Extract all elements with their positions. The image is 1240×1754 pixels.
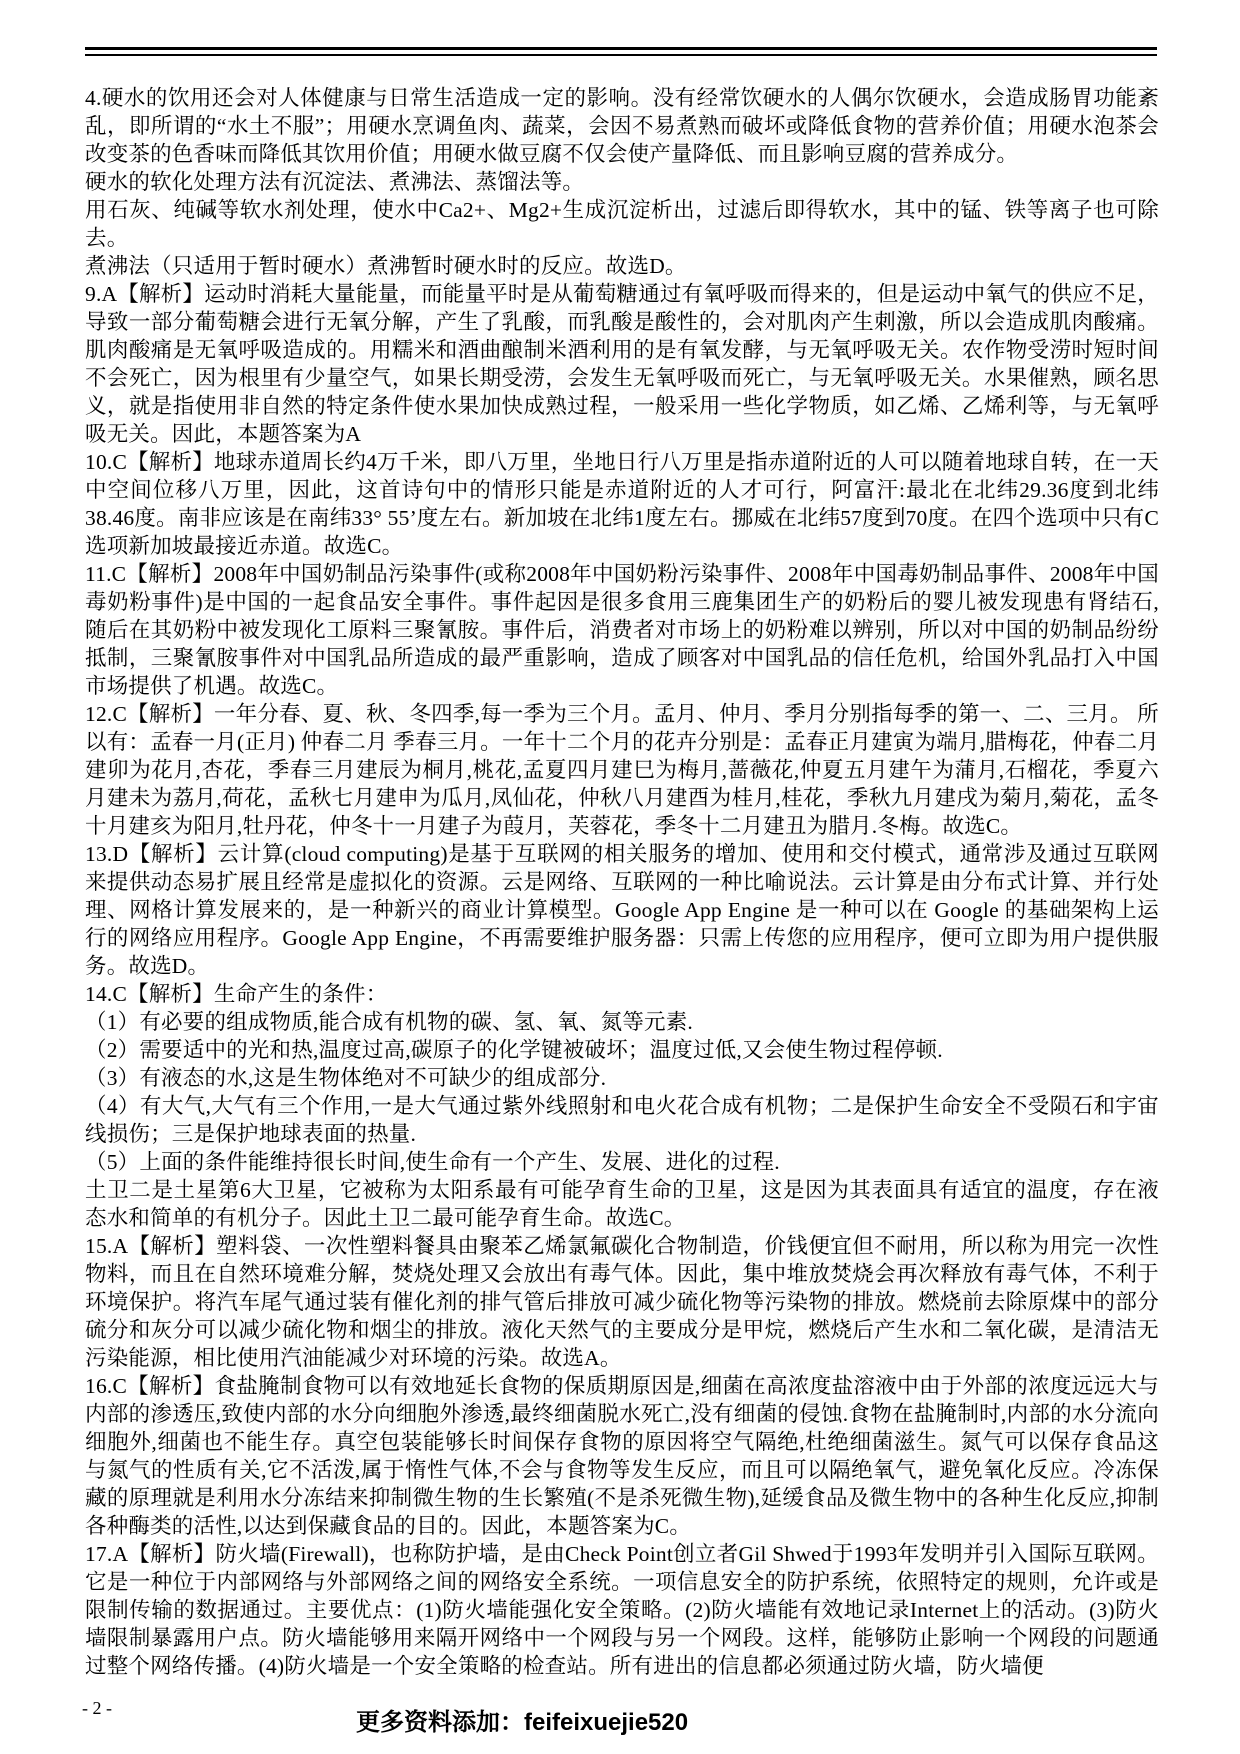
footer-promo: 更多资料添加：feifeixuejie520 bbox=[356, 1702, 688, 1737]
header-double-rule bbox=[85, 47, 1157, 56]
answer-paragraph-q9: 9.A【解析】运动时消耗大量能量，而能量平时是从葡萄糖通过有氧呼吸而得来的，但是… bbox=[85, 280, 1159, 448]
answer-paragraph-q11: 11.C【解析】2008年中国奶制品污染事件(或称2008年中国奶粉污染事件、2… bbox=[85, 560, 1159, 700]
answer-paragraph-q14-item1: （1）有必要的组成物质,能合成有机物的碳、氢、氧、氮等元素. bbox=[85, 1008, 1159, 1036]
answer-paragraph-q16: 16.C【解析】食盐腌制食物可以有效地延长食物的保质期原因是,细菌在高浓度盐溶液… bbox=[85, 1372, 1159, 1540]
answer-paragraph-q15: 15.A【解析】塑料袋、一次性塑料餐具由聚苯乙烯氯氟碳化合物制造，价钱便宜但不耐… bbox=[85, 1232, 1159, 1372]
answer-paragraph-q4-softening: 硬水的软化处理方法有沉淀法、煮沸法、蒸馏法等。 bbox=[85, 168, 1159, 196]
answer-paragraph-q10: 10.C【解析】地球赤道周长约4万千米，即八万里，坐地日行八万里是指赤道附近的人… bbox=[85, 448, 1159, 560]
answer-key-content: 4.硬水的饮用还会对人体健康与日常生活造成一定的影响。没有经常饮硬水的人偶尔饮硬… bbox=[85, 84, 1159, 1680]
answer-paragraph-q14-item5: （5）上面的条件能维持很长时间,使生命有一个产生、发展、进化的过程. bbox=[85, 1148, 1159, 1176]
answer-paragraph-q14-item4: （4）有大气,大气有三个作用,一是大气通过紫外线照射和电火花合成有机物；二是保护… bbox=[85, 1092, 1159, 1148]
document-page: 4.硬水的饮用还会对人体健康与日常生活造成一定的影响。没有经常饮硬水的人偶尔饮硬… bbox=[0, 0, 1240, 1754]
answer-paragraph-q4-boiling: 煮沸法（只适用于暂时硬水）煮沸暂时硬水时的反应。故选D。 bbox=[85, 252, 1159, 280]
footer-promo-value: feifeixuejie520 bbox=[524, 1709, 688, 1736]
footer-promo-label: 更多资料添加： bbox=[356, 1710, 524, 1736]
answer-paragraph-q14-item3: （3）有液态的水,这是生物体绝对不可缺少的组成部分. bbox=[85, 1064, 1159, 1092]
page-number: - 2 - bbox=[82, 1698, 112, 1719]
answer-paragraph-q4: 4.硬水的饮用还会对人体健康与日常生活造成一定的影响。没有经常饮硬水的人偶尔饮硬… bbox=[85, 84, 1159, 168]
answer-paragraph-q17: 17.A【解析】防火墙(Firewall)，也称防护墙，是由Check Poin… bbox=[85, 1540, 1159, 1680]
answer-paragraph-q14-enceladus: 土卫二是土星第6大卫星，它被称为太阳系最有可能孕育生命的卫星，这是因为其表面具有… bbox=[85, 1176, 1159, 1232]
answer-paragraph-q4-lime: 用石灰、纯碱等软水剂处理，使水中Ca2+、Mg2+生成沉淀析出，过滤后即得软水，… bbox=[85, 196, 1159, 252]
answer-paragraph-q13: 13.D【解析】云计算(cloud computing)是基于互联网的相关服务的… bbox=[85, 840, 1159, 980]
answer-paragraph-q12: 12.C【解析】一年分春、夏、秋、冬四季,每一季为三个月。孟月、仲月、季月分别指… bbox=[85, 700, 1159, 840]
answer-paragraph-q14: 14.C【解析】生命产生的条件： bbox=[85, 980, 1159, 1008]
page-footer: - 2 - 更多资料添加：feifeixuejie520 bbox=[0, 1694, 1240, 1744]
answer-paragraph-q14-item2: （2）需要适中的光和热,温度过高,碳原子的化学键被破坏；温度过低,又会使生物过程… bbox=[85, 1036, 1159, 1064]
